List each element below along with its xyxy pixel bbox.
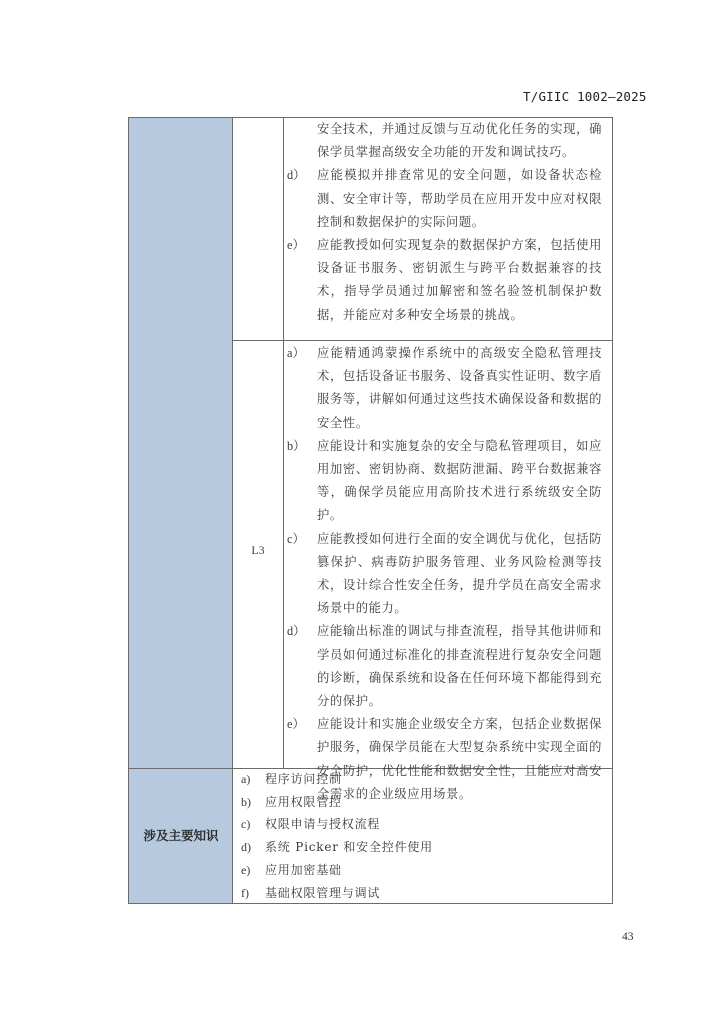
list-item: a) 程序访问控制 xyxy=(233,768,612,791)
item-text: 权限申请与授权流程 xyxy=(265,813,612,836)
item-marker: d) xyxy=(233,836,265,859)
list-item: f) 基础权限管理与调试 xyxy=(233,882,612,905)
list-item: d） 应能输出标准的调试与排查流程，指导其他讲师和学员如何通过标准化的排查流程进… xyxy=(283,620,612,713)
item-marker: e) xyxy=(233,859,265,882)
item-marker: f) xyxy=(233,882,265,905)
list-item: b） 应能设计和实施复杂的安全与隐私管理项目，如应用加密、密钥协商、数据防泄漏、… xyxy=(283,435,612,528)
item-text: 应能教授如何进行全面的安全调优与优化，包括防篡保护、病毒防护服务管理、业务风险检… xyxy=(317,528,612,621)
item-marker: a) xyxy=(233,768,265,791)
item-marker: d） xyxy=(283,620,317,713)
list-item: d） 应能模拟并排查常见的安全问题，如设备状态检测、安全审计等，帮助学员在应用开… xyxy=(283,164,612,234)
item-text: 程序访问控制 xyxy=(265,768,612,791)
item-text: 应能输出标准的调试与排查流程，指导其他讲师和学员如何通过标准化的排查流程进行复杂… xyxy=(317,620,612,713)
item-text: 应能精通鸿蒙操作系统中的高级安全隐私管理技术，包括设备证书服务、设备真实性证明、… xyxy=(317,342,612,435)
item-text: 应用加密基础 xyxy=(265,859,612,882)
item-marker: b） xyxy=(283,435,317,528)
item-text: 基础权限管理与调试 xyxy=(265,882,612,905)
knowledge-label: 涉及主要知识 xyxy=(129,826,233,844)
list-item: e) 应用加密基础 xyxy=(233,859,612,882)
row-divider-l3 xyxy=(233,340,612,341)
list-item: c) 权限申请与授权流程 xyxy=(233,813,612,836)
item-text: 应能设计和实施复杂的安全与隐私管理项目，如应用加密、密钥协商、数据防泄漏、跨平台… xyxy=(317,435,612,528)
item-marker: c) xyxy=(233,813,265,836)
item-marker: e） xyxy=(283,234,317,327)
category-column xyxy=(129,118,233,903)
list-item: 安全技术，并通过反馈与互动优化任务的实现，确保学员掌握高级安全功能的开发和调试技… xyxy=(283,118,612,164)
item-text: 应用权限管控 xyxy=(265,791,612,814)
item-marker: b) xyxy=(233,791,265,814)
l2-items: 安全技术，并通过反馈与互动优化任务的实现，确保学员掌握高级安全功能的开发和调试技… xyxy=(283,118,612,327)
competency-table: 安全技术，并通过反馈与互动优化任务的实现，确保学员掌握高级安全功能的开发和调试技… xyxy=(128,117,613,904)
item-marker xyxy=(283,118,317,164)
page-number: 43 xyxy=(622,931,634,943)
list-item: c） 应能教授如何进行全面的安全调优与优化，包括防篡保护、病毒防护服务管理、业务… xyxy=(283,528,612,621)
l3-items: a） 应能精通鸿蒙操作系统中的高级安全隐私管理技术，包括设备证书服务、设备真实性… xyxy=(283,342,612,806)
list-item: a） 应能精通鸿蒙操作系统中的高级安全隐私管理技术，包括设备证书服务、设备真实性… xyxy=(283,342,612,435)
item-text: 系统 Picker 和安全控件使用 xyxy=(265,836,612,859)
list-item: e） 应能教授如何实现复杂的数据保护方案，包括使用设备证书服务、密钥派生与跨平台… xyxy=(283,234,612,327)
level-label: L3 xyxy=(233,543,283,558)
list-item: d) 系统 Picker 和安全控件使用 xyxy=(233,836,612,859)
standard-id: T/GIIC 1002—2025 xyxy=(523,89,647,104)
item-marker: a） xyxy=(283,342,317,435)
knowledge-items: a) 程序访问控制 b) 应用权限管控 c) 权限申请与授权流程 d) 系统 P… xyxy=(233,768,612,904)
list-item: b) 应用权限管控 xyxy=(233,791,612,814)
item-text: 安全技术，并通过反馈与互动优化任务的实现，确保学员掌握高级安全功能的开发和调试技… xyxy=(317,118,612,164)
item-marker: d） xyxy=(283,164,317,234)
item-text: 应能教授如何实现复杂的数据保护方案，包括使用设备证书服务、密钥派生与跨平台数据兼… xyxy=(317,234,612,327)
item-marker: c） xyxy=(283,528,317,621)
item-text: 应能模拟并排查常见的安全问题，如设备状态检测、安全审计等，帮助学员在应用开发中应… xyxy=(317,164,612,234)
